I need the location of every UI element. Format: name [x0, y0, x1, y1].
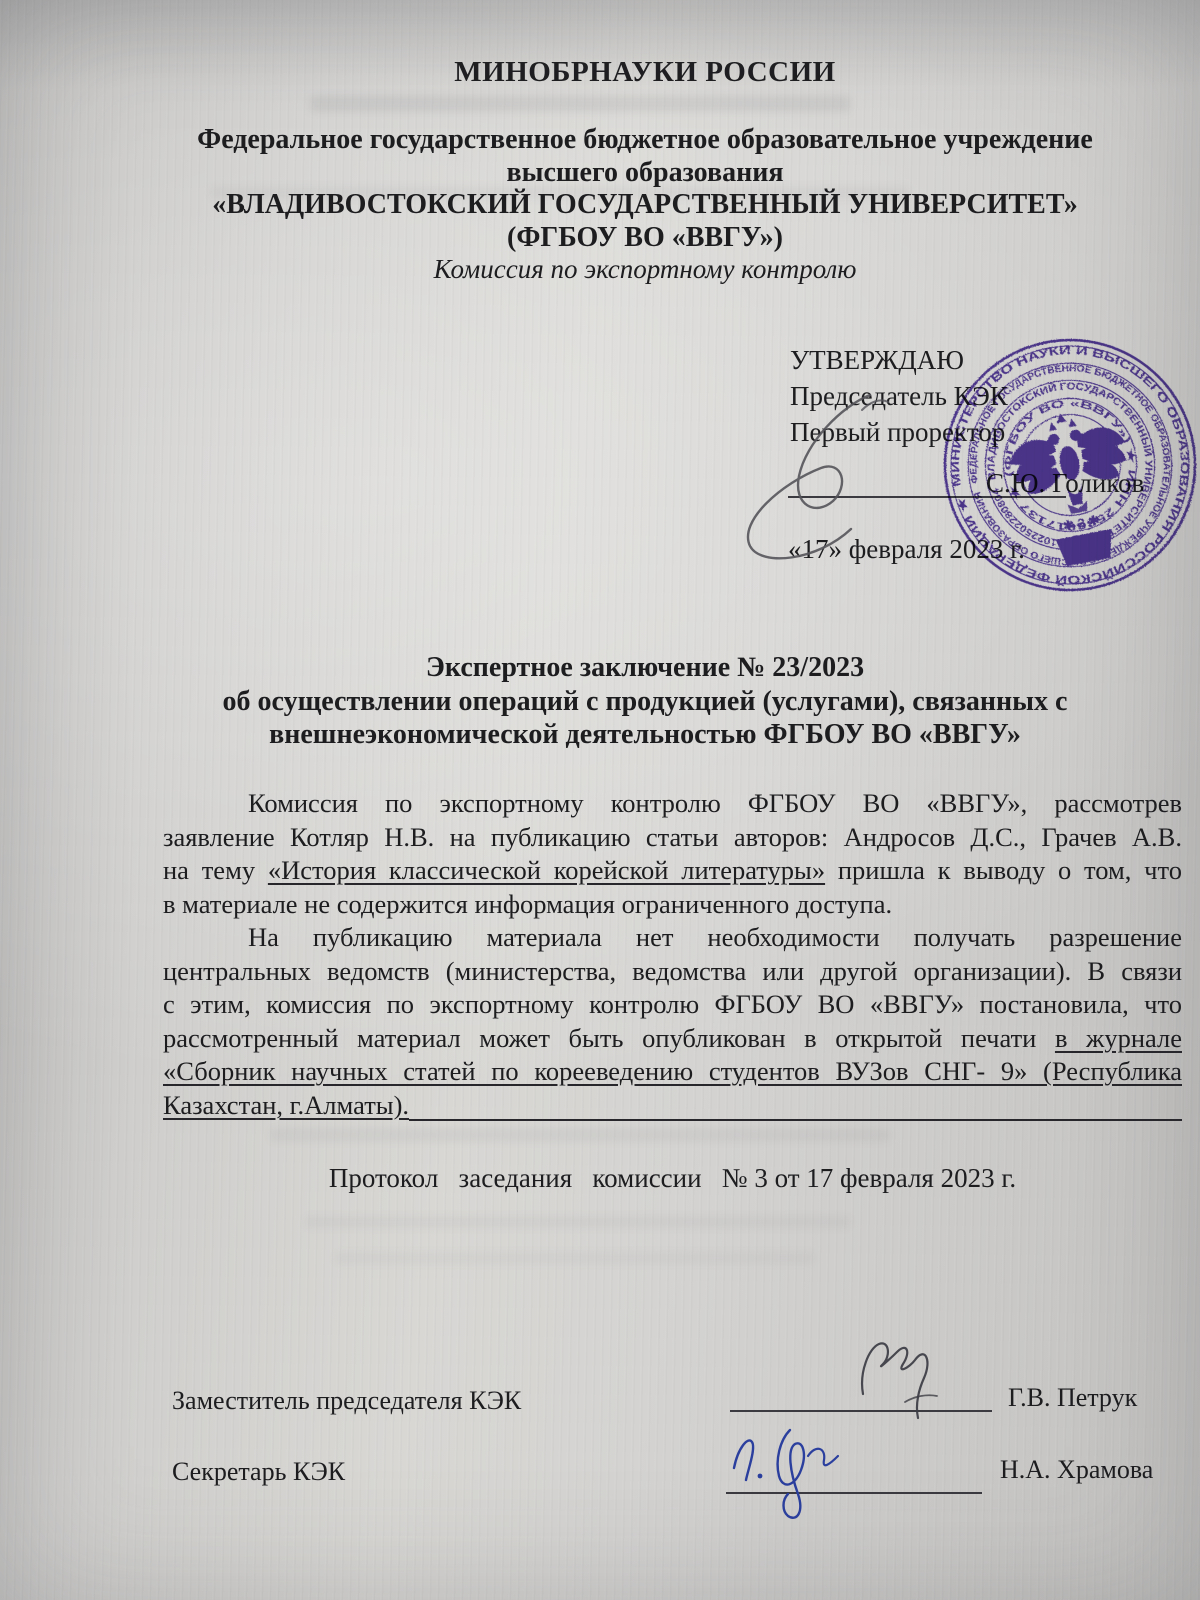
stamp-center-mark: ✱ 2 ✱ [1062, 512, 1101, 534]
approval-date: «17» февраля 2023 г. [788, 534, 1025, 565]
body-text: Комиссия по экспортному контролю ФГБОУ В… [163, 787, 1182, 1122]
double-headed-eagle-icon [1003, 402, 1137, 523]
text-run: Комиссия по экспортному контролю ФГБОУ В… [248, 788, 1182, 818]
bleedthrough-artifact [270, 1128, 890, 1142]
organization-name-block: Федеральное государственное бюджетное об… [120, 124, 1170, 254]
org-line-4: (ФГБОУ ВО «ВВГУ») [120, 222, 1170, 255]
underlined-article-topic: «История классической корейской литерату… [268, 855, 825, 885]
document-title: Экспертное заключение № 23/2023 об осуще… [120, 651, 1170, 752]
approve-label: УТВЕРЖДАЮ [790, 342, 1008, 378]
text-run: рассмотренный материал может быть опубли… [163, 1023, 1055, 1053]
paragraph1-line: заявление Котляр Н.В. на публикацию стат… [163, 821, 1182, 855]
text-run: На публикацию материала нет необходимост… [248, 922, 1182, 952]
stamp-bottom-banner [1056, 529, 1117, 567]
paragraph2-line: с этим, комиссия по экспортному контролю… [163, 988, 1182, 1022]
paragraph2-line: На публикацию материала нет необходимост… [163, 921, 1182, 955]
protocol-line: Протокол заседания комиссии № 3 от 17 фе… [163, 1163, 1182, 1194]
svg-text:(ФГБОУ ВО «ВВГУ») ★ ИНН 253601: (ФГБОУ ВО «ВВГУ») ★ ИНН 2536017137 ★ [992, 387, 1148, 543]
signer2-signature-line [726, 1492, 982, 1494]
scanned-document-page: МИНОБРНАУКИ РОССИИ Федеральное государст… [0, 0, 1200, 1600]
blank-rule-line [409, 1089, 1182, 1121]
stamp-ring4-text: (ФГБОУ ВО «ВВГУ») ★ ИНН 2536017137 ★ [992, 387, 1148, 543]
org-line-3: «ВЛАДИВОСТОКСКИЙ ГОСУДАРСТВЕННЫЙ УНИВЕРС… [120, 189, 1170, 222]
text-run: пришла к выводу о том, что [825, 855, 1182, 885]
text-run: центральных ведомств (министерства, ведо… [163, 956, 1182, 986]
paragraph1-line: в материале не содержится информация огр… [163, 888, 1182, 922]
paragraph2-line: центральных ведомств (министерства, ведо… [163, 955, 1182, 989]
title-line-1: Экспертное заключение № 23/2023 [120, 651, 1170, 685]
signer2-role: Секретарь КЭК [172, 1457, 345, 1487]
bleedthrough-artifact [305, 1216, 850, 1228]
signer1-role: Заместитель председателя КЭК [172, 1386, 521, 1416]
paragraph1-line: Комиссия по экспортному контролю ФГБОУ В… [163, 787, 1182, 821]
committee-subtitle: Комиссия по экспортному контролю [120, 254, 1170, 285]
bleedthrough-artifact [310, 96, 850, 112]
paragraph2-line: рассмотренный материал может быть опубли… [163, 1022, 1182, 1056]
ministry-heading: МИНОБРНАУКИ РОССИИ [120, 56, 1170, 89]
underlined-journal-ref: Казахстан, г.Алматы). [163, 1089, 409, 1123]
text-run: заявление Котляр Н.В. на публикацию стат… [163, 822, 1182, 852]
org-line-1: Федеральное государственное бюджетное об… [120, 124, 1170, 157]
approver-signature-line [788, 496, 1066, 498]
approval-block: УТВЕРЖДАЮ Председатель КЭК Первый прорек… [790, 342, 1008, 450]
text-run: в материале не содержится информация огр… [163, 889, 892, 919]
org-line-2: высшего образования [120, 157, 1170, 190]
approver-role-1: Председатель КЭК [790, 378, 1008, 414]
title-line-2: об осуществлении операций с продукцией (… [120, 685, 1170, 719]
underlined-journal-ref: «Сборник научных статей по корееведению … [163, 1056, 1182, 1086]
signer1-signature-line [730, 1410, 992, 1412]
underlined-journal-ref: в журнале [1055, 1023, 1182, 1053]
paragraph2-line: Казахстан, г.Алматы). [163, 1089, 1182, 1123]
text-run: с этим, комиссия по экспортному контролю… [163, 989, 1182, 1019]
signer2-name: Н.А. Храмова [1000, 1455, 1153, 1485]
approver-name: С.Ю. Голиков [986, 468, 1144, 499]
paragraph1-line: на тему «История классической корейской … [163, 854, 1182, 888]
text-run: на тему [163, 855, 268, 885]
title-line-3: внешнеэкономической деятельностью ФГБОУ … [120, 718, 1170, 752]
paragraph2-line: «Сборник научных статей по корееведению … [163, 1055, 1182, 1089]
approver-role-2: Первый проректор [790, 414, 1008, 450]
bleedthrough-artifact [335, 1252, 815, 1264]
signer1-name: Г.В. Петрук [1008, 1383, 1137, 1413]
signer2-handwritten-signature [718, 1412, 868, 1527]
